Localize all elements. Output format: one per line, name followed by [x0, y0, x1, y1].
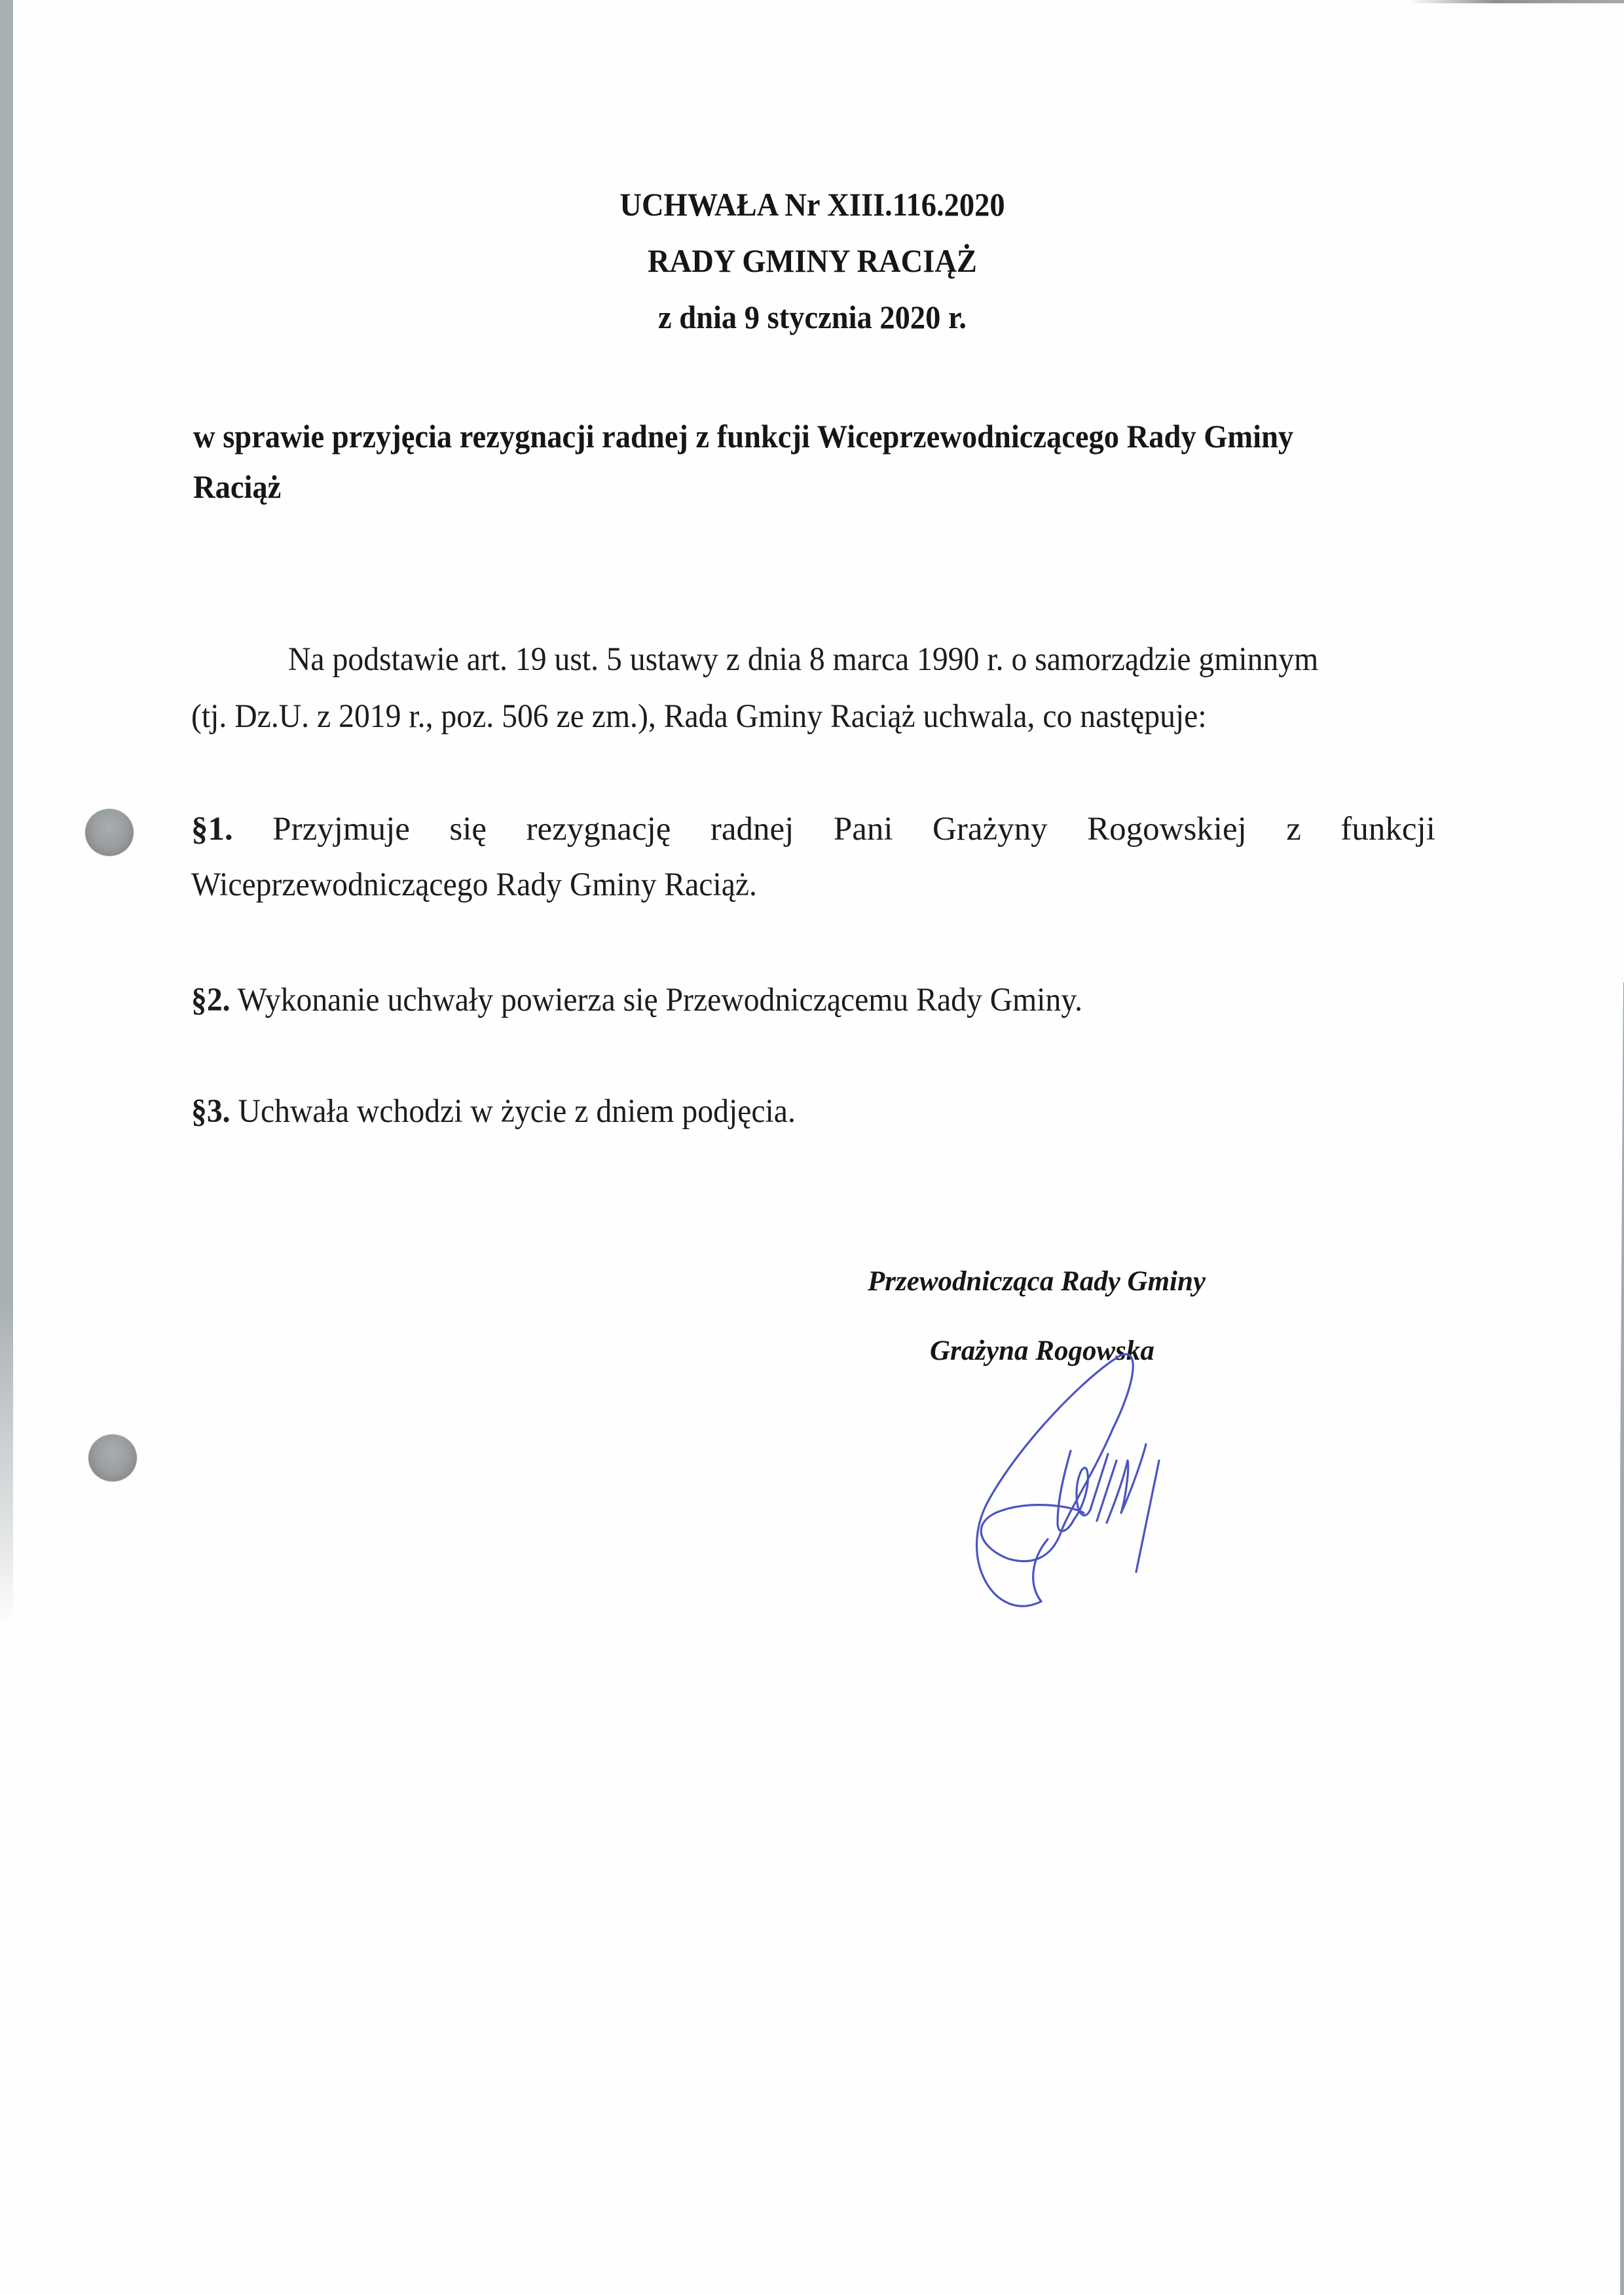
document-page: UCHWAŁA Nr XIII.116.2020 RADY GMINY RACI…	[0, 0, 1624, 2295]
legal-basis-line2: (tj. Dz.U. z 2019 r., poz. 506 ze zm.), …	[191, 698, 1207, 736]
section-1-line2: Wiceprzewodniczącego Rady Gminy Raciąż.	[191, 866, 757, 904]
section-1-line1: §1. PrzyjmujesięrezygnacjęradnejPaniGraż…	[191, 810, 1435, 848]
resolution-date: z dnia 9 stycznia 2020 r.	[57, 298, 1567, 336]
handwritten-signature	[917, 1349, 1231, 1611]
resolution-subject-line1: w sprawie przyjęcia rezygnacji radnej z …	[193, 417, 1293, 455]
punch-hole-icon	[85, 809, 134, 856]
section-1-word: funkcji	[1340, 810, 1435, 848]
section-1-word: rezygnację	[526, 810, 671, 848]
section-3-text: Uchwała wchodzi w życie z dniem podjęcia…	[231, 1093, 796, 1130]
section-3: §3. Uchwała wchodzi w życie z dniem podj…	[191, 1092, 796, 1130]
resolution-issuer: RADY GMINY RACIĄŻ	[57, 242, 1567, 280]
section-1-word: radnej	[710, 810, 794, 848]
punch-hole-icon	[88, 1434, 137, 1482]
section-1-word: Pani	[834, 810, 893, 848]
section-2: §2. Wykonanie uchwały powierza się Przew…	[191, 981, 1082, 1019]
scan-edge-top	[1408, 0, 1624, 3]
resolution-title: UCHWAŁA Nr XIII.116.2020	[57, 185, 1567, 223]
scan-edge-right	[1615, 982, 1624, 2295]
section-1-word: się	[449, 810, 487, 848]
section-3-number: §3.	[191, 1093, 231, 1130]
resolution-subject-line2: Raciąż	[193, 468, 281, 506]
legal-basis-line1: Na podstawie art. 19 ust. 5 ustawy z dni…	[288, 641, 1318, 679]
section-1-word: Grażyny	[932, 810, 1048, 848]
section-1-word: Przyjmuje	[272, 810, 410, 848]
section-1-word: z	[1286, 810, 1301, 848]
scan-edge-left	[0, 0, 13, 1624]
section-2-text: Wykonanie uchwały powierza się Przewodni…	[231, 982, 1082, 1018]
section-1-number: §1.	[191, 810, 233, 848]
section-2-number: §2.	[191, 982, 231, 1018]
signatory-role: Przewodnicząca Rady Gminy	[868, 1265, 1206, 1297]
section-1-word: Rogowskiej	[1087, 810, 1247, 848]
